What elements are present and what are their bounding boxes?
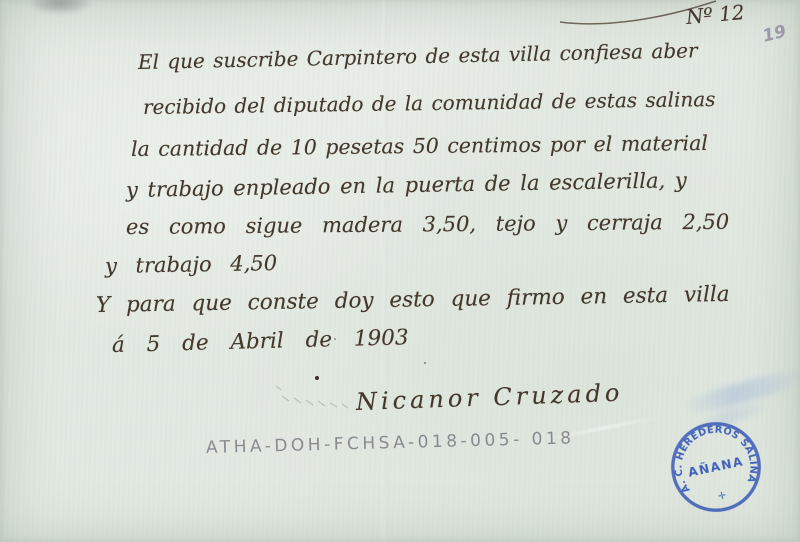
ink-speck xyxy=(424,362,426,364)
stamp-center-text: AÑANA xyxy=(687,453,745,479)
folio-number: 19 xyxy=(761,22,789,47)
handwritten-line-8: á 5 de Abril de 1903 xyxy=(112,325,409,358)
signature: Nicanor Cruzado xyxy=(356,379,624,416)
svg-text:A. C. HEREDEROS SALINAS: A. C. HEREDEROS SALINAS xyxy=(652,403,763,504)
stamp: A. C. HEREDEROS SALINAS AÑANA ✛ xyxy=(652,403,780,531)
stamp-ring-text: A. C. HEREDEROS SALINAS xyxy=(652,403,763,504)
handwritten-line-4: y trabajo enpleado en la puerta de la es… xyxy=(126,168,687,202)
handwritten-line-2: recibido del diputado de la comunidad de… xyxy=(143,87,716,119)
ink-speck xyxy=(315,376,319,380)
handwritten-line-7: Y para que conste doy esto que firmo en … xyxy=(96,282,730,318)
pencil-hatching xyxy=(276,386,348,408)
handwritten-line-1: El que suscribe Carpintero de esta villa… xyxy=(138,38,698,74)
handwritten-line-6: y trabajo 4,50 xyxy=(105,251,277,278)
handwritten-line-3: la cantidad de 10 pesetas 50 centimos po… xyxy=(131,131,708,161)
handwritten-line-5: es como sigue madera 3,50, tejo y cerraj… xyxy=(126,210,729,239)
archive-reference: ATHA-DOH-FCHSA-018-005- 018 xyxy=(206,428,575,458)
stamp-star-icon: ✛ xyxy=(717,490,727,502)
document-page: Nº 12 19 El que suscribe Carpintero de e… xyxy=(0,0,800,542)
page-number: Nº 12 xyxy=(685,0,746,29)
crease-line xyxy=(382,0,387,542)
stamp-graphic: A. C. HEREDEROS SALINAS AÑANA ✛ xyxy=(652,403,780,531)
paper-smudge xyxy=(30,0,90,14)
